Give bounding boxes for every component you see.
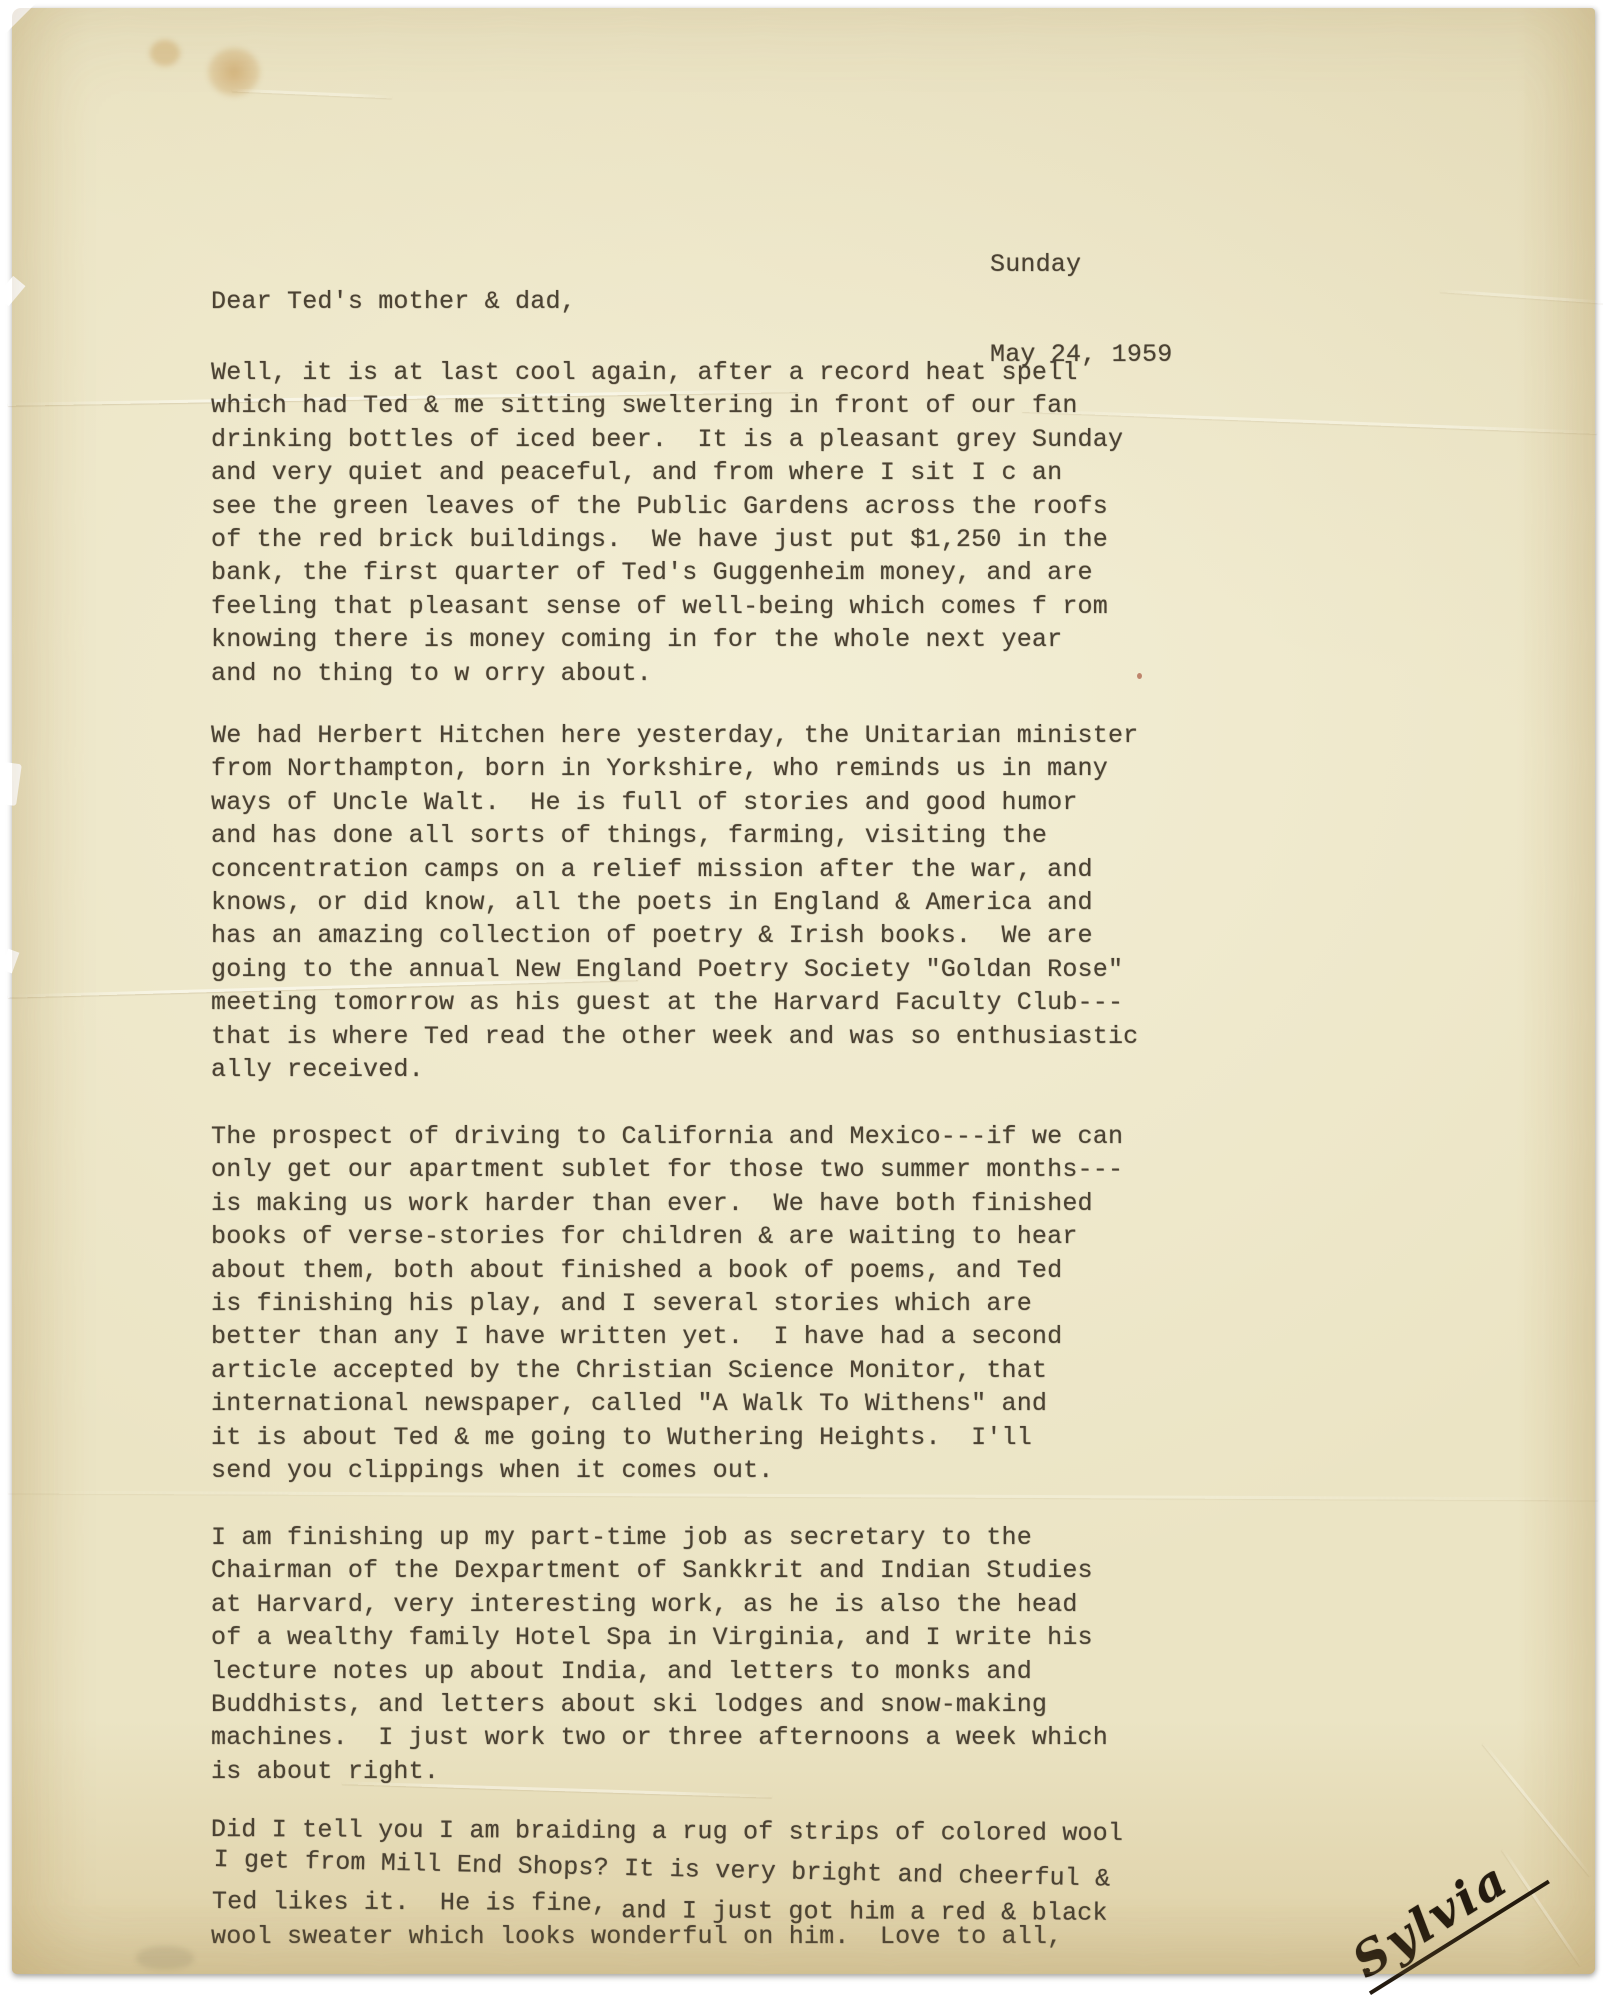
torn-edge-notch-1 [0, 276, 25, 306]
ink-speck [1137, 673, 1142, 679]
paragraph-1: Well, it is at last cool again, after a … [211, 356, 1123, 690]
torn-edge-notch-3 [1, 949, 20, 974]
crease-right-edge [1440, 289, 1603, 304]
closing-line-3: Ted likes it. He is fine,and I just got … [212, 1885, 1108, 1923]
letter-paper: Sunday May 24, 1959 Dear Ted's mother & … [12, 8, 1595, 1974]
crease-lower-fold [8, 1491, 1598, 1501]
closing-line-4: wool sweater which looks wonderful on hi… [211, 1920, 1062, 1953]
stain-spot-large [208, 48, 260, 96]
smudge-bottom-left [136, 1946, 194, 1970]
signature: Sylvia [1365, 1868, 1580, 1998]
torn-edge-notch-2 [0, 762, 22, 806]
stain-spot-small [150, 40, 180, 66]
paragraph-4: I am finishing up my part-time job as se… [211, 1521, 1108, 1788]
clipped-corner [0, 0, 37, 33]
salutation: Dear Ted's mother & dad, [211, 285, 576, 318]
paragraph-2: We had Herbert Hitchen here yesterday, t… [211, 719, 1138, 1086]
paragraph-3: The prospect of driving to California an… [211, 1120, 1123, 1487]
crease-top [232, 89, 392, 99]
scan-page: { "document_type": "typewritten letter s… [0, 0, 1603, 2000]
closing-line-3a: Ted likes it. He is fine, [212, 1887, 607, 1918]
closing-line-1: Did I tell you I am braiding a rug of st… [211, 1813, 1123, 1850]
date-day: Sunday [990, 250, 1172, 280]
signature-text: Sylvia [1342, 1837, 1550, 1995]
